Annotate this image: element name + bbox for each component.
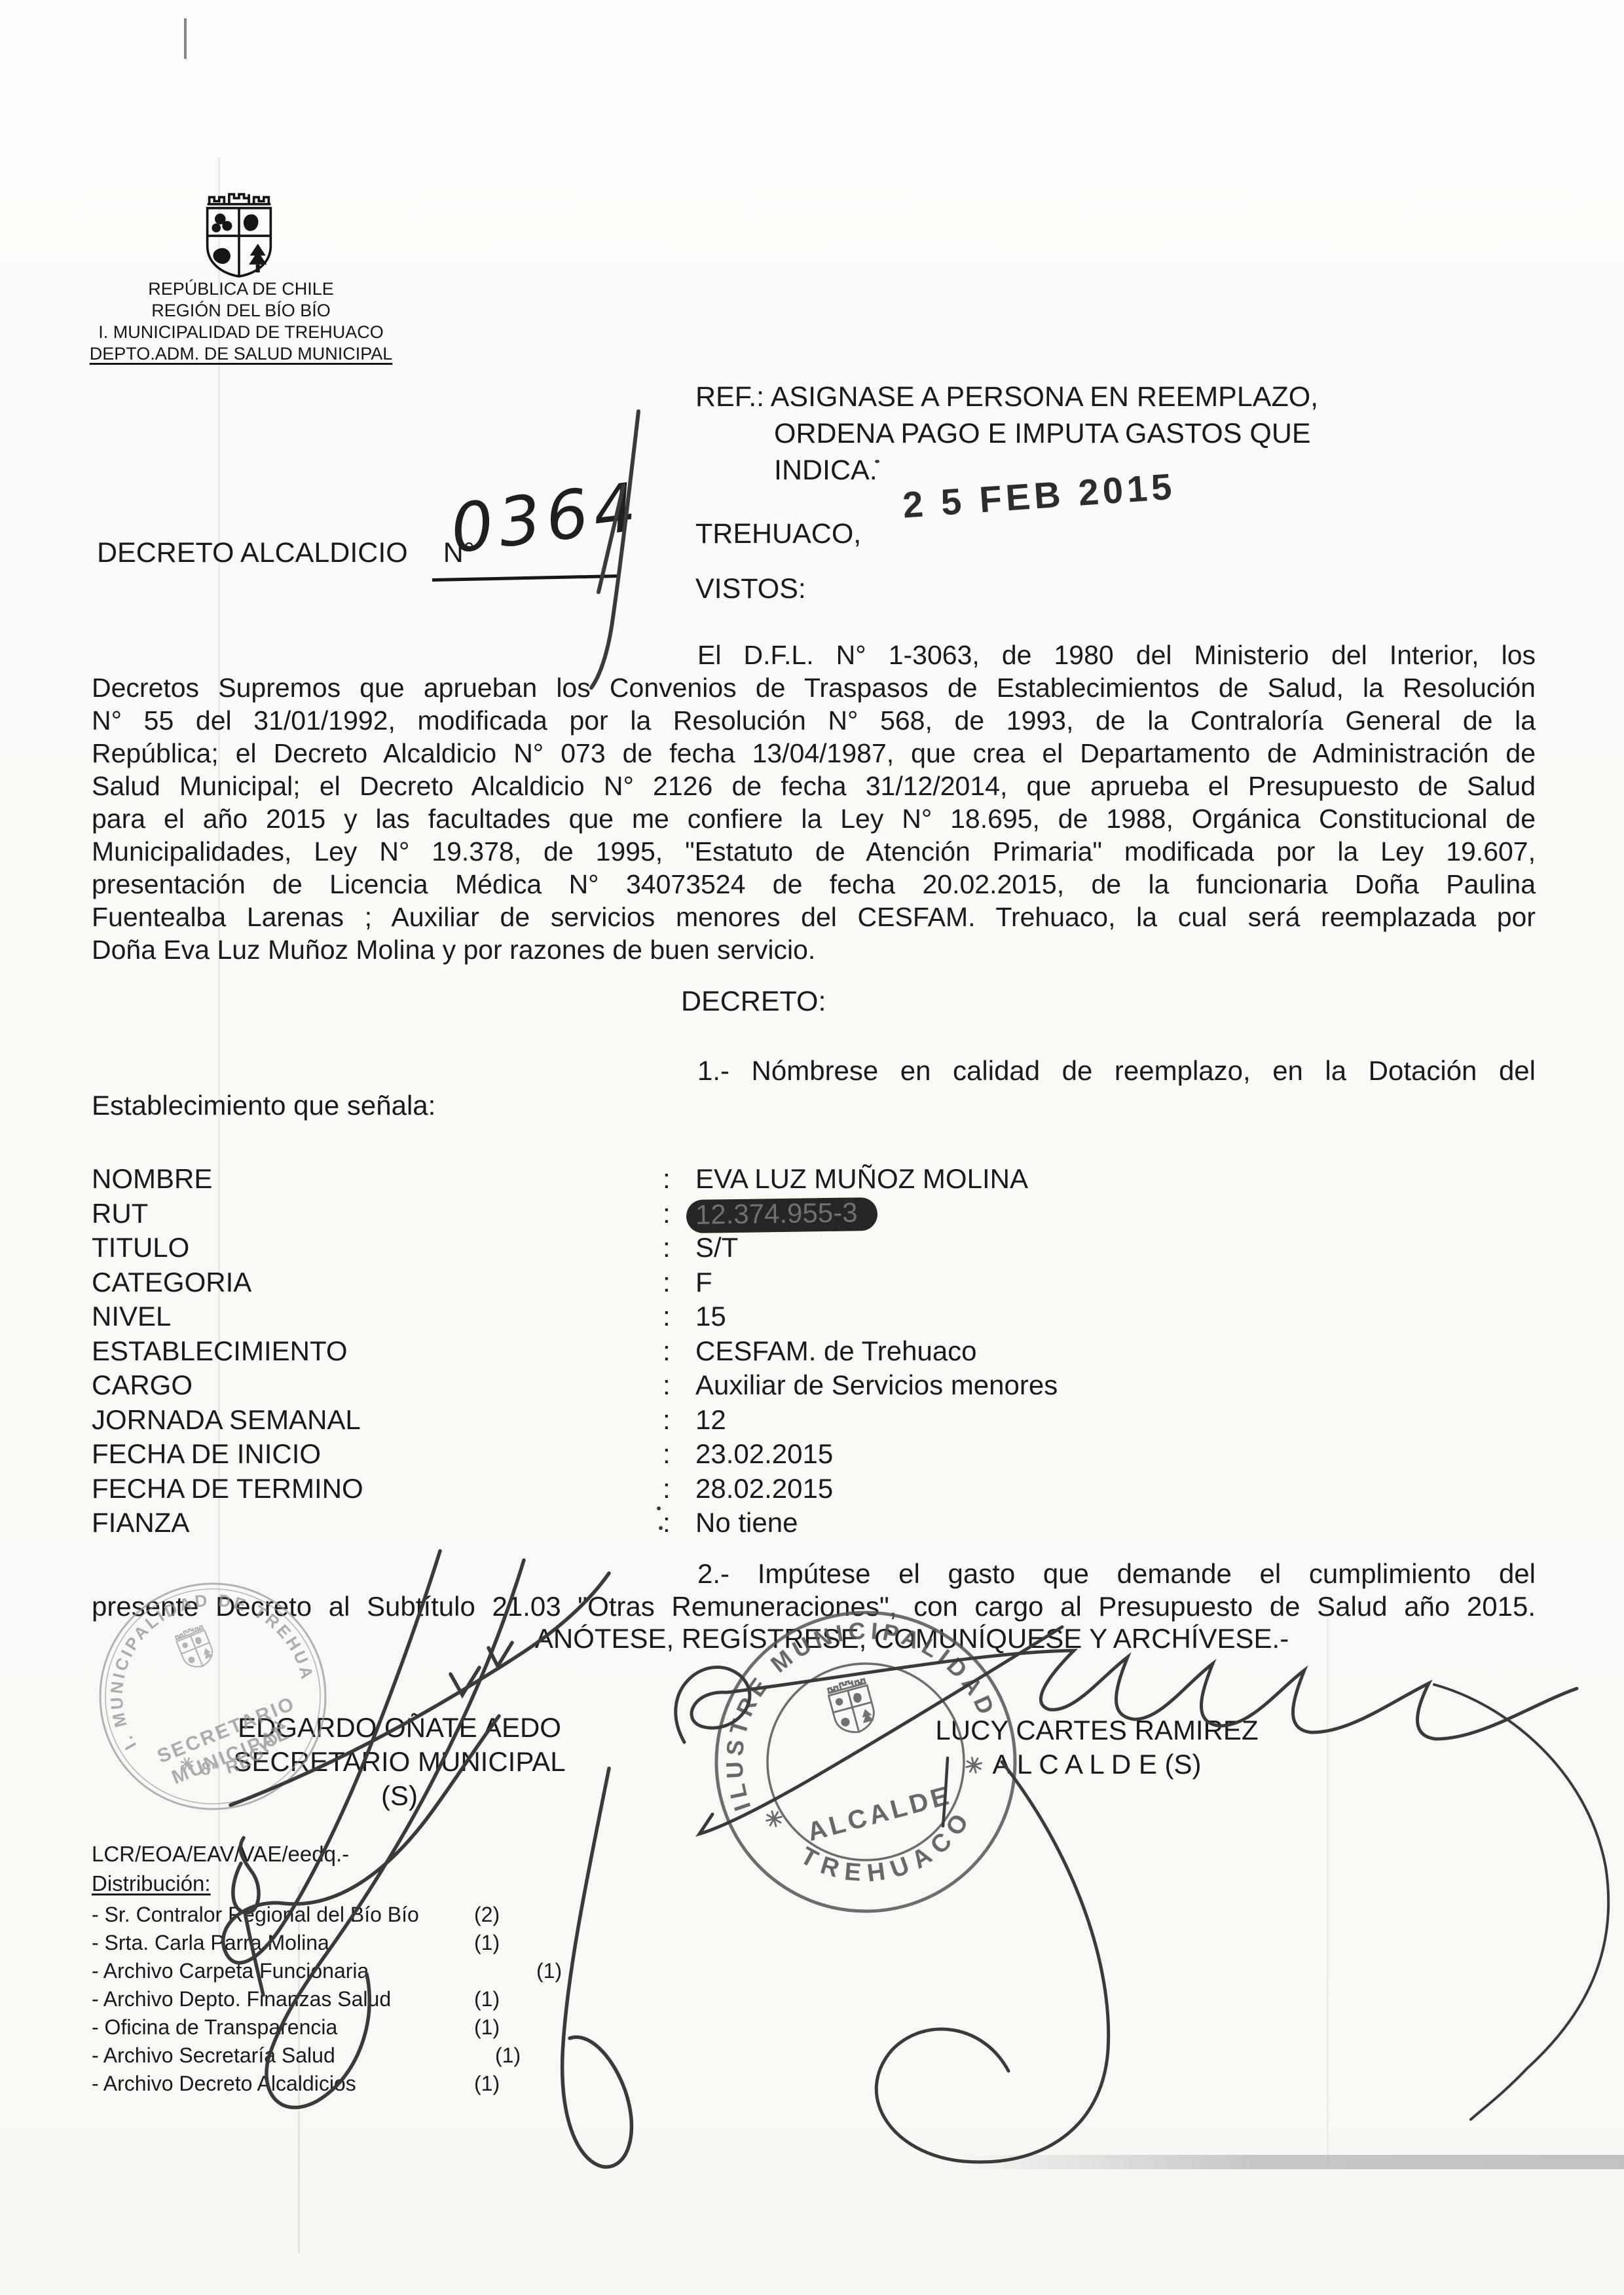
paragraph-line: Fuentealba Larenas ; Auxiliar de servici… <box>92 901 1536 933</box>
scan-shadow-band <box>950 2155 1624 2169</box>
vistos-paragraph: El D.F.L. N° 1-3063, de 1980 del Ministe… <box>92 639 1536 966</box>
field-value: EVA LUZ MUÑOZ MOLINA <box>695 1163 1028 1195</box>
distribution-item: - Oficina de Transparencia(1) <box>92 2013 655 2042</box>
field-value: No tiene <box>695 1507 798 1539</box>
distribution-list: - Sr. Contralor Regional del Bío Bío(2) … <box>92 1901 655 2098</box>
colon: : <box>663 1404 671 1436</box>
field-label: CARGO <box>92 1370 193 1400</box>
field-label: ESTABLECIMIENTO <box>92 1335 348 1366</box>
paragraph-line: N° 55 del 31/01/1992, modificada por la … <box>92 704 1536 737</box>
field-value: 15 <box>695 1301 726 1332</box>
point-1-line-2: Establecimiento que señala: <box>92 1089 435 1123</box>
colon: : <box>663 1335 671 1367</box>
field-label: JORNADA SEMANAL <box>92 1404 361 1435</box>
vistos-label: VISTOS: <box>695 571 806 606</box>
field-value: F <box>695 1267 712 1298</box>
colon: : <box>663 1507 671 1539</box>
paragraph-line: República; el Decreto Alcaldicio N° 073 … <box>92 737 1536 770</box>
colon: : <box>663 1438 671 1470</box>
field-value: 28.02.2015 <box>695 1473 833 1504</box>
stamp-star-right: ✳ <box>962 1751 986 1780</box>
field-row: NOMBRE:EVA LUZ MUÑOZ MOLINA <box>92 1163 1270 1198</box>
stamp-crest <box>826 1677 878 1737</box>
copy-count: (1) <box>474 2013 500 2042</box>
stamp-star-left: ✳ <box>762 1805 786 1834</box>
field-label: RUT <box>92 1198 148 1229</box>
field-row: CATEGORIA:F <box>92 1267 1270 1301</box>
copy-count: (1) <box>474 1929 500 1957</box>
paragraph-line: Municipalidades, Ley N° 19.378, de 1995,… <box>92 835 1536 868</box>
paragraph-line: Doña Eva Luz Muñoz Molina y por razones … <box>92 933 1536 966</box>
field-row: FIANZA:No tiene <box>92 1507 1270 1542</box>
city-line: TREHUACO, <box>695 516 861 551</box>
field-row: JORNADA SEMANAL:12 <box>92 1404 1270 1439</box>
distribution-item: - Srta. Carla Parra Molina(1) <box>92 1929 655 1957</box>
decree-number-handwritten: 0364 <box>447 468 646 569</box>
colon: : <box>663 1267 671 1298</box>
secretary-round-stamp: I. MUNICIPALIDAD DE TREHUACO ✳ 8ª REGIÓN… <box>56 1542 370 1857</box>
colon: : <box>663 1473 671 1504</box>
field-row: ESTABLECIMIENTO:CESFAM. de Trehuaco <box>92 1335 1270 1370</box>
field-label: FIANZA <box>92 1507 189 1538</box>
distribution-item: - Archivo Depto. Finanzas Salud(1) <box>92 1985 655 2013</box>
letterhead: REPÚBLICA DE CHILE REGIÓN DEL BÍO BÍO I.… <box>84 278 398 365</box>
field-label: CATEGORIA <box>92 1267 251 1297</box>
distribution-label: Distribución: <box>92 1871 211 1896</box>
appointment-fields: NOMBRE:EVA LUZ MUÑOZ MOLINA RUT:12.374.9… <box>92 1163 1270 1542</box>
mayor-round-stamp: ILUSTRE MUNICIPALIDAD TREHUACO ✳ ✳ ALCAL… <box>693 1588 1040 1935</box>
scan-streak-vertical <box>1327 1598 1329 2161</box>
point-2-line-1-text: 2.- Impútese el gasto que demande el cum… <box>697 1558 1536 1590</box>
field-value: CESFAM. de Trehuaco <box>695 1335 977 1367</box>
scanned-decree-page: REPÚBLICA DE CHILE REGIÓN DEL BÍO BÍO I.… <box>0 0 1624 2295</box>
distribution-item: - Sr. Contralor Regional del Bío Bío(2) <box>92 1901 655 1929</box>
field-value-redacted: 12.374.955-3 <box>686 1198 877 1232</box>
coat-of-arms <box>196 182 282 282</box>
ref-label: REF.: <box>695 381 764 413</box>
field-row: RUT:12.374.955-3 <box>92 1198 1270 1233</box>
field-value: S/T <box>695 1232 738 1263</box>
field-label: FECHA DE INICIO <box>92 1438 321 1469</box>
colon: : <box>663 1198 671 1229</box>
point-1-line-1: 1.- Nómbrese en calidad de reemplazo, en… <box>697 1054 1536 1087</box>
letterhead-country: REPÚBLICA DE CHILE <box>84 278 398 300</box>
distribution-item: - Archivo Secretaría Salud(1) <box>92 2042 655 2070</box>
field-row: TITULO:S/T <box>92 1232 1270 1267</box>
distribution-item: - Archivo Carpeta Funcionaria(1) <box>92 1957 655 1985</box>
scan-edge-mark <box>184 18 187 59</box>
paragraph-line: Salud Municipal; el Decreto Alcaldicio N… <box>92 770 1536 802</box>
field-row: FECHA DE INICIO:23.02.2015 <box>92 1438 1270 1473</box>
field-row: NIVEL:15 <box>92 1301 1270 1335</box>
paragraph-line: presentación de Licencia Médica N° 34073… <box>92 868 1536 901</box>
field-row: CARGO:Auxiliar de Servicios menores <box>92 1370 1270 1404</box>
colon: : <box>663 1301 671 1332</box>
stamp-crest <box>174 1624 217 1672</box>
paragraph-line: para el año 2015 y las facultades que me… <box>92 802 1536 835</box>
copy-count: (1) <box>536 1957 562 1985</box>
colon: : <box>663 1232 671 1263</box>
letterhead-municipality: I. MUNICIPALIDAD DE TREHUACO <box>84 322 398 343</box>
paragraph-line: El D.F.L. N° 1-3063, de 1980 del Ministe… <box>697 639 1536 671</box>
copy-count: (1) <box>495 2042 521 2070</box>
decree-title: DECRETO ALCALDICIO <box>97 537 408 569</box>
decreto-label: DECRETO: <box>681 984 826 1019</box>
copy-count: (1) <box>474 1985 500 2013</box>
decree-number-line: DECRETO ALCALDICION° <box>97 537 475 569</box>
field-label: NIVEL <box>92 1301 171 1332</box>
field-value: Auxiliar de Servicios menores <box>695 1370 1058 1401</box>
colon: : <box>663 1163 671 1195</box>
ref-block: REF.: ASIGNASE A PERSONA EN REEMPLAZO, O… <box>695 379 1337 489</box>
letterhead-region: REGIÓN DEL BÍO BÍO <box>84 300 398 322</box>
ref-line-1: REF.: ASIGNASE A PERSONA EN REEMPLAZO, <box>695 379 1337 415</box>
point-1: 1.- Nómbrese en calidad de reemplazo, en… <box>92 1054 1536 1087</box>
field-value: 23.02.2015 <box>695 1438 833 1470</box>
distribution-item: - Archivo Decreto Alcaldicios(1) <box>92 2070 655 2098</box>
decree-number-underline <box>432 574 619 582</box>
copy-count: (1) <box>474 2070 500 2098</box>
field-label: FECHA DE TERMINO <box>92 1473 363 1504</box>
letterhead-department: DEPTO.ADM. DE SALUD MUNICIPAL <box>84 343 398 365</box>
copy-count: (2) <box>474 1901 500 1929</box>
colon: : <box>663 1370 671 1401</box>
rut-redaction: 12.374.955-3 <box>686 1197 877 1233</box>
field-value: 12 <box>695 1404 726 1436</box>
ref-line-2: ORDENA PAGO E IMPUTA GASTOS QUE <box>774 415 1337 452</box>
paragraph-line: Decretos Supremos que aprueban los Conve… <box>92 671 1536 704</box>
field-row: FECHA DE TERMINO:28.02.2015 <box>92 1473 1270 1508</box>
field-label: NOMBRE <box>92 1163 212 1194</box>
field-label: TITULO <box>92 1232 189 1263</box>
